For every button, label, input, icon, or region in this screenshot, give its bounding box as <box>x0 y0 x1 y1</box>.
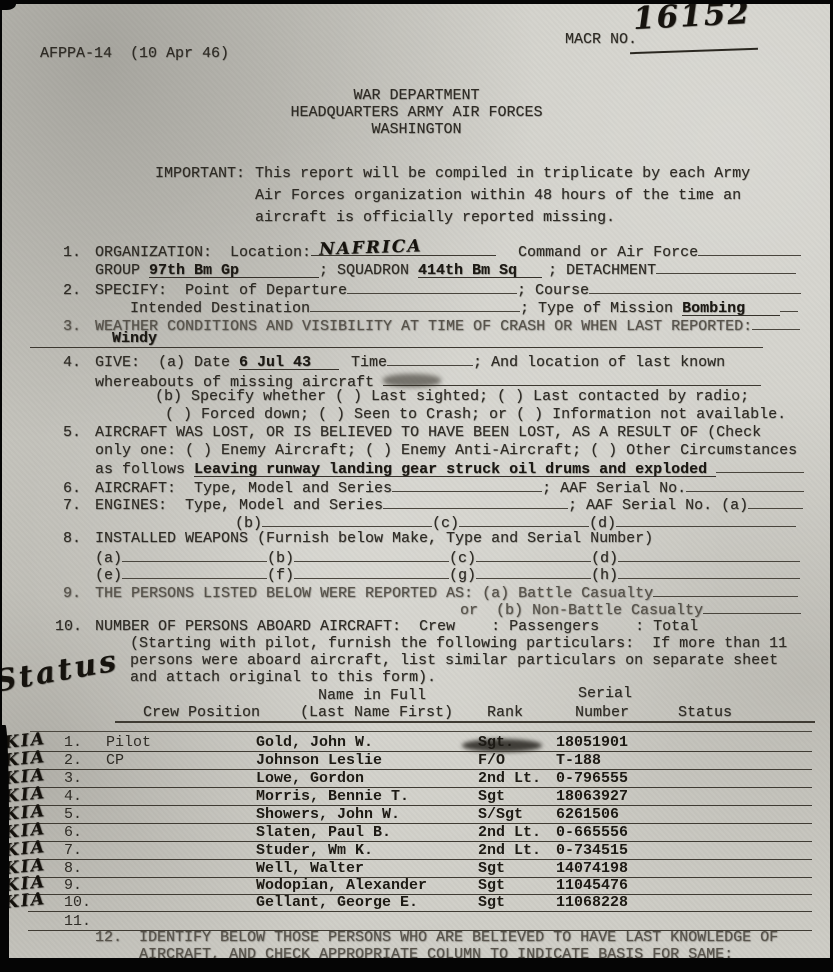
crew-name: Slaten, Paul B. <box>256 824 391 841</box>
s2-line1: 2.SPECIFY: Point of Departure; Course <box>63 281 801 299</box>
s1-detachment-label: ; DETACHMENT <box>548 262 656 279</box>
crew-row-number: 6. <box>64 824 82 841</box>
crew-rank: Sgt <box>478 860 505 877</box>
weapon-d-field <box>618 549 800 562</box>
s10-line2: (Starting with pilot, furnish the follow… <box>130 636 787 652</box>
s5-line2: only one: ( ) Enemy Aircraft; ( ) Enemy … <box>95 443 797 459</box>
engine-serial-b-field <box>262 514 432 527</box>
crew-rank: 2nd Lt. <box>478 824 541 841</box>
crew-serial: T-188 <box>556 752 601 769</box>
s9-line1-text: THE PERSONS LISTED BELOW WERE REPORTED A… <box>95 585 653 602</box>
crew-serial: 11045476 <box>556 877 628 894</box>
crew-header-status: Status <box>678 705 732 721</box>
crew-header-position: Crew Position <box>143 705 260 721</box>
aircraft-type-field <box>392 479 542 492</box>
crew-row: KIA1.PilotGold, John W.Sgt.18051901 <box>0 735 833 753</box>
s1-squadron-label: ; SQUADRON <box>319 262 418 279</box>
weather-field: Windy <box>30 333 763 348</box>
s6-number: 6. <box>63 481 95 497</box>
weapon-a-field <box>122 549 267 562</box>
crew-name: Wodopian, Alexander <box>256 877 427 894</box>
detachment-field <box>656 261 796 274</box>
command-field <box>698 243 801 256</box>
s2-specify-label: SPECIFY: Point of Departure <box>95 282 347 299</box>
engine-serial-a-field <box>748 496 803 509</box>
crew-row-number: 3. <box>64 770 82 787</box>
s4-number: 4. <box>63 355 95 371</box>
s2-mission-label: ; Type of Mission <box>520 300 682 317</box>
letterhead-line3: WASHINGTON <box>0 122 833 138</box>
crew-serial: 6261506 <box>556 806 619 823</box>
crew-rank: S/Sgt <box>478 806 523 823</box>
crew-rank: Sgt <box>478 894 505 911</box>
mission-value: Bombing <box>682 301 780 316</box>
s7-label: ENGINES: Type, Model and Series <box>95 497 383 514</box>
weather-value: Windy <box>112 331 157 347</box>
macr-number-underline <box>630 48 758 54</box>
crew-header-number: Number <box>575 705 629 721</box>
mission-field-tail <box>780 299 798 312</box>
s10-line4: and attach original to this form). <box>130 670 436 686</box>
s8-line1: 8.INSTALLED WEAPONS (Furnish below Make,… <box>63 531 653 547</box>
important-line1: This report will be compiled in triplica… <box>255 166 750 182</box>
s12-line1: 12.IDENTIFY BELOW THOSE PERSONS WHO ARE … <box>95 930 778 946</box>
crew-row-number: 2. <box>64 752 82 769</box>
s1-line1: 1.ORGANIZATION: Location:NAFRICACommand … <box>63 241 801 261</box>
crew-name: Gellant, George E. <box>256 894 418 911</box>
macr-label: MACR NO. <box>565 32 637 48</box>
crew-rank: F/O <box>478 752 505 769</box>
crew-header-rule2 <box>30 731 812 732</box>
s9-line2: or (b) Non-Battle Casualty <box>460 601 801 619</box>
s4-line3: (b) Specify whether ( ) Last sighted; ( … <box>155 389 749 405</box>
group-value: 97th Bm Gp <box>149 263 319 278</box>
s5-line3: as follows Leaving runway landing gear s… <box>95 460 804 478</box>
s8-b-label: (b) <box>267 550 294 567</box>
time-field <box>387 353 473 366</box>
s8-f-label: (f) <box>267 567 294 584</box>
weapon-f-field <box>294 566 449 579</box>
whereabouts-field <box>383 371 761 386</box>
scan-corner-topleft <box>0 0 16 10</box>
scan-edge-left-wide <box>0 725 9 972</box>
crew-header-name: (Last Name First) <box>300 705 453 721</box>
s8-d-label: (d) <box>591 550 618 567</box>
crew-row-rule <box>28 823 812 824</box>
s9-line2-text: or (b) Non-Battle Casualty <box>460 602 703 619</box>
engine-type-field <box>383 496 568 509</box>
crew-row-number: 9. <box>64 877 82 894</box>
destination-field <box>310 299 520 312</box>
s4-line4: ( ) Forced down; ( ) Seen to Crash; or (… <box>165 407 786 423</box>
s6-label: AIRCRAFT: Type, Model and Series <box>95 480 392 497</box>
crew-rank: 2nd Lt. <box>478 770 541 787</box>
s10-line1-text: NUMBER OF PERSONS ABOARD AIRCRAFT: Crew … <box>95 618 698 635</box>
crew-serial: 14074198 <box>556 860 628 877</box>
s12-number: 12. <box>95 930 139 946</box>
course-field <box>589 281 801 294</box>
crew-row: KIA10.Gellant, George E.Sgt11068228 <box>0 895 833 913</box>
location-value: NAFRICA <box>319 238 423 258</box>
crew-row-number: 11. <box>64 913 91 930</box>
squadron-value: 414th Bm Sq <box>418 263 542 278</box>
important-line3: aircraft is officially reported missing. <box>255 210 615 226</box>
s6-serial-label: ; AAF Serial No. <box>542 480 686 497</box>
s8-g-label: (g) <box>449 567 476 584</box>
margin-status-note: Status <box>0 653 120 691</box>
crew-row-rule <box>28 911 812 912</box>
circumstances-tail <box>716 460 804 473</box>
important-label: IMPORTANT: <box>155 166 245 182</box>
s2-course-label: ; Course <box>517 282 589 299</box>
s7-number: 7. <box>63 498 95 514</box>
s8-label: INSTALLED WEAPONS (Furnish below Make, T… <box>95 530 653 547</box>
location-field: NAFRICA <box>311 241 496 256</box>
s7-serial-label: ; AAF Serial No. (a) <box>568 497 748 514</box>
crew-rank: Sgt <box>478 788 505 805</box>
scan-edge-top <box>0 0 833 4</box>
weapon-b-field <box>294 549 449 562</box>
engine-serial-c-field <box>459 514 589 527</box>
circumstances-value: Leaving runway landing gear struck oil d… <box>194 462 716 477</box>
s2-number: 2. <box>63 283 95 299</box>
date-value: 6 Jul 43 <box>239 355 339 370</box>
s1-group-label: GROUP <box>95 262 149 279</box>
crew-header-rank: Rank <box>487 705 523 721</box>
crew-row-rule <box>28 751 812 752</box>
crew-rank: 2nd Lt. <box>478 842 541 859</box>
crew-name: Morris, Bennie T. <box>256 788 409 805</box>
s5-line1-text: AIRCRAFT WAS LOST, OR IS BELIEVED TO HAV… <box>95 424 761 441</box>
crew-position: CP <box>106 752 124 769</box>
s8-e-label: (e) <box>95 567 122 584</box>
s5-asfollows-label: as follows <box>95 461 194 478</box>
aircraft-serial-field <box>686 479 804 492</box>
s10-line3: persons were aboard aircraft, list simil… <box>130 653 778 669</box>
crew-serial: 11068228 <box>556 894 628 911</box>
crew-row-number: 7. <box>64 842 82 859</box>
letterhead-line2: HEADQUARTERS ARMY AIR FORCES <box>0 105 833 121</box>
crew-name: Lowe, Gordon <box>256 770 364 787</box>
crew-name: Showers, John W. <box>256 806 400 823</box>
s1-number: 1. <box>63 245 95 261</box>
weapon-h-field <box>618 566 800 579</box>
s9-number: 9. <box>63 586 95 602</box>
crew-name: Gold, John W. <box>256 734 373 751</box>
weapon-g-field <box>476 566 591 579</box>
s8-line3: (e)(f)(g)(h) <box>95 566 800 584</box>
weapon-c-field <box>476 549 591 562</box>
weapon-e-field <box>122 566 267 579</box>
battle-casualty-field <box>653 584 798 597</box>
crew-name: Johnson Leslie <box>256 752 382 769</box>
crew-row: KIA5.Showers, John W.S/Sgt6261506 <box>0 807 833 825</box>
crew-serial: 0-734515 <box>556 842 628 859</box>
crew-row-rule <box>28 805 812 806</box>
s8-number: 8. <box>63 531 95 547</box>
crew-row-rule <box>28 859 812 860</box>
departure-field <box>347 281 517 294</box>
crew-row-number: 1. <box>64 734 82 751</box>
kia-annotation: KIA <box>3 889 47 913</box>
s5-number: 5. <box>63 425 95 441</box>
s12-line1-text: IDENTIFY BELOW THOSE PERSONS WHO ARE BEL… <box>139 929 778 946</box>
whereabouts-smudge <box>383 374 441 387</box>
s1-org-label: ORGANIZATION: Location: <box>95 244 311 261</box>
s6-line: 6.AIRCRAFT: Type, Model and Series; AAF … <box>63 479 804 497</box>
macr-number: 16152 <box>633 5 752 27</box>
crew-row-rule <box>28 787 812 788</box>
crew-row: KIA7.Studer, Wm K.2nd Lt.0-734515 <box>0 843 833 861</box>
crew-row-number: 10. <box>64 894 91 911</box>
crew-row-rule <box>28 769 812 770</box>
s4-time-label: Time <box>351 354 387 371</box>
crew-row-rule <box>28 841 812 842</box>
crew-row-number: 5. <box>64 806 82 823</box>
crew-name: Well, Walter <box>256 860 364 877</box>
crew-rank: Sgt <box>478 877 505 894</box>
s8-h-label: (h) <box>591 567 618 584</box>
crew-row: KIA3.Lowe, Gordon2nd Lt.0-796555 <box>0 771 833 789</box>
crew-name: Studer, Wm K. <box>256 842 373 859</box>
crew-row: KIA4.Morris, Bennie T.Sgt18063927 <box>0 789 833 807</box>
crew-row-number: 8. <box>64 860 82 877</box>
s8-line2: (a)(b)(c)(d) <box>95 549 800 567</box>
s4-line1: 4.GIVE: (a) Date 6 Jul 43Time; And locat… <box>63 353 725 371</box>
s1-line2: GROUP 97th Bm Gp; SQUADRON 414th Bm Sq; … <box>95 261 796 279</box>
engine-serial-d-field <box>616 514 796 527</box>
crew-serial: 0-796555 <box>556 770 628 787</box>
letterhead-line1: WAR DEPARTMENT <box>0 88 833 104</box>
important-line2: Air Forces organization within 48 hours … <box>255 188 741 204</box>
crew-row: KIA6.Slaten, Paul B.2nd Lt.0-665556 <box>0 825 833 843</box>
crew-header-rule <box>115 721 815 723</box>
s3-line2: Windy <box>30 333 763 353</box>
s8-c-label: (c) <box>449 550 476 567</box>
crew-row: KIA2.CPJohnson LeslieF/OT-188 <box>0 753 833 771</box>
crew-serial: 0-665556 <box>556 824 628 841</box>
s2-line2: Intended Destination; Type of Mission Bo… <box>130 299 798 317</box>
s2-dest-label: Intended Destination <box>130 300 310 317</box>
crew-serial: 18063927 <box>556 788 628 805</box>
s8-a-label: (a) <box>95 550 122 567</box>
s10-number: 10. <box>55 619 95 635</box>
scan-edge-bottom <box>0 958 833 972</box>
s9-line1: 9.THE PERSONS LISTED BELOW WERE REPORTED… <box>63 584 798 602</box>
s7-line1: 7.ENGINES: Type, Model and Series; AAF S… <box>63 496 803 514</box>
s10-line1: 10.NUMBER OF PERSONS ABOARD AIRCRAFT: Cr… <box>55 619 698 635</box>
crew-header-name-top: Name in Full <box>318 688 426 704</box>
s5-line1: 5.AIRCRAFT WAS LOST, OR IS BELIEVED TO H… <box>63 425 761 441</box>
crew-row-number: 4. <box>64 788 82 805</box>
s4-location-label: ; And location of last known <box>473 354 725 371</box>
macr-form-page: AFPPA-14 (10 Apr 46) MACR NO. 16152 WAR … <box>0 0 833 972</box>
nonbattle-casualty-field <box>703 601 801 614</box>
crew-position: Pilot <box>106 734 151 751</box>
s4-give-label: GIVE: (a) Date <box>95 354 239 371</box>
s1-command-label: Command or Air Force <box>518 244 698 261</box>
weather-field-tail <box>752 317 800 330</box>
crew-header-serial-top: Serial <box>578 686 632 702</box>
crew-serial: 18051901 <box>556 734 628 751</box>
form-ref: AFPPA-14 (10 Apr 46) <box>40 46 229 62</box>
